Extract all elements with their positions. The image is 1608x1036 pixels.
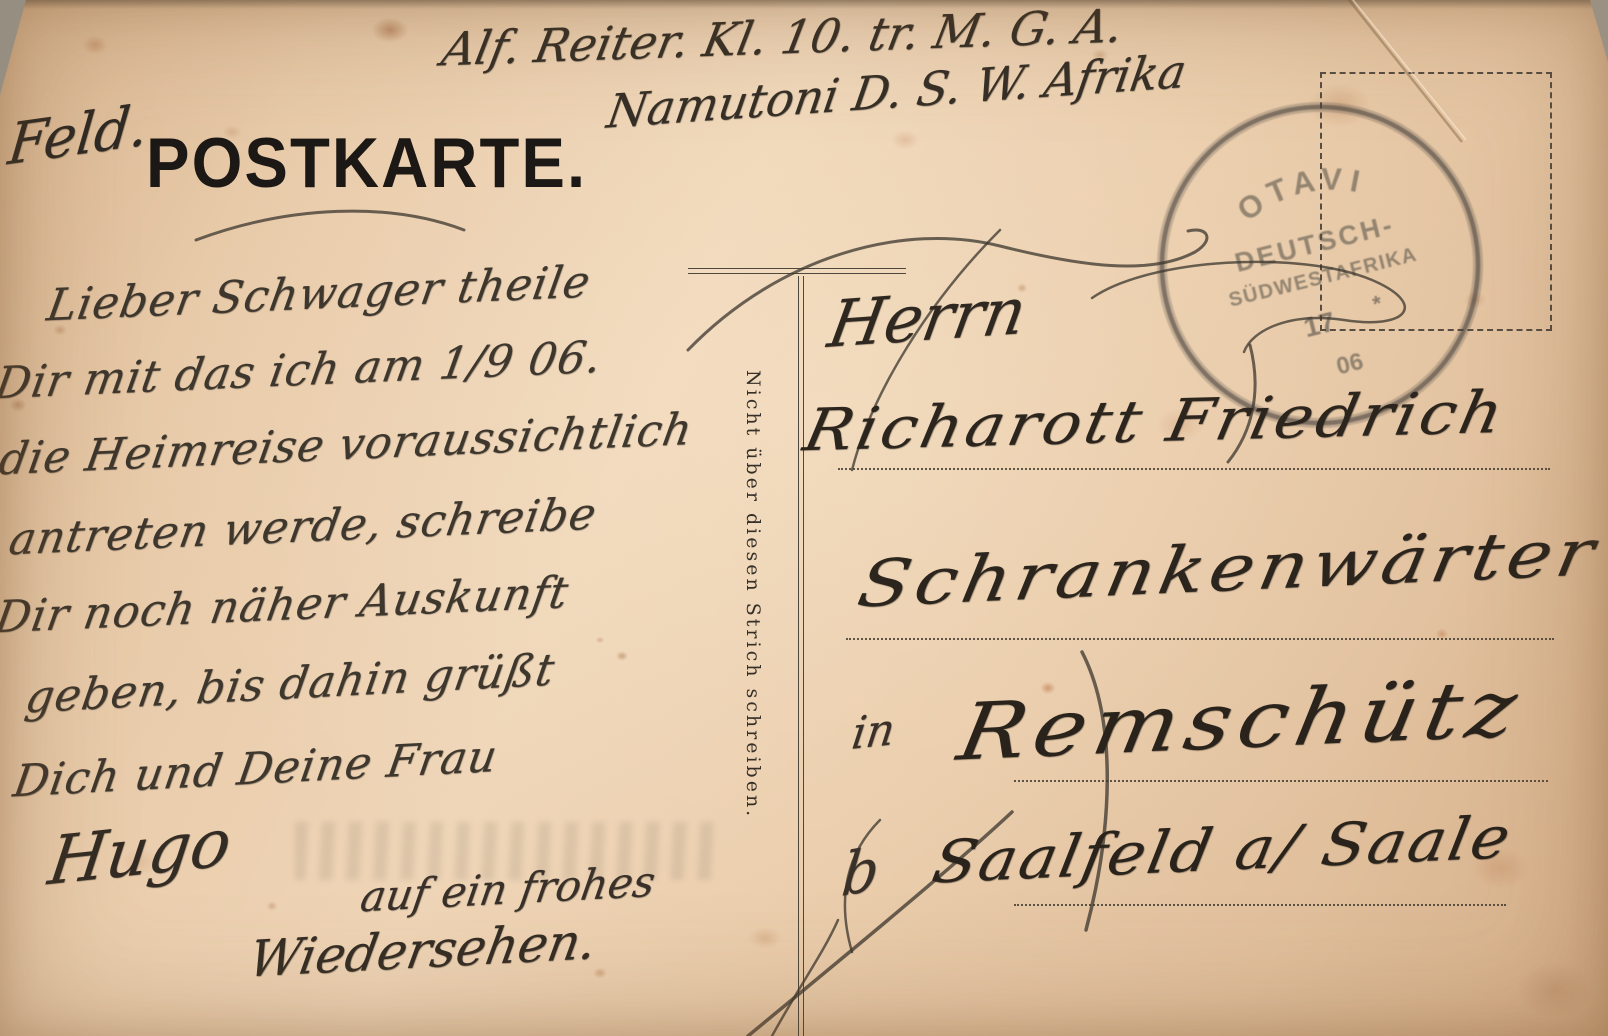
address-name: Richarott Friedrich [798, 378, 1512, 465]
divider-vertical-rule [798, 276, 804, 1036]
message-line: antreten werde, schreibe [5, 488, 600, 565]
corner-top-right [1590, 0, 1608, 62]
feld-swash [196, 211, 464, 240]
postmark-year: 06 [1334, 348, 1366, 381]
signature: Hugo [44, 803, 236, 901]
address-town-prefix: b [839, 834, 883, 911]
closing-phrase: auf ein frohes [357, 857, 658, 922]
message-line: Dich und Deine Frau [10, 731, 502, 808]
address-dotted-line-3 [1014, 780, 1548, 782]
top-edge-shadow [0, 0, 1608, 9]
divider-top-rule [688, 268, 906, 274]
address-locality-prefix: in [849, 704, 899, 760]
address-dotted-line-4 [1014, 904, 1506, 906]
closing-ascender [772, 920, 838, 1036]
address-dotted-line-1 [838, 468, 1550, 470]
message-line: Dir mit das ich am 1/9 06. [0, 332, 606, 410]
handwritten-title-prefix: Feld. [5, 92, 151, 178]
message-line: Lieber Schwager theile [43, 256, 594, 331]
address-occupation: Schrankenwärter [852, 516, 1604, 623]
divider-notice: Nicht über diesen Strich schreiben. [742, 370, 764, 819]
postmark-day: 17 [1300, 306, 1338, 344]
postcard-scan: POSTKARTE. Feld. Nicht über diesen Stric… [0, 0, 1608, 1036]
closing-word: Wiedersehen. [245, 912, 602, 989]
address-dotted-line-2 [846, 638, 1554, 640]
postmark-star: * [1370, 291, 1385, 317]
message-line: geben, bis dahin grüßt [22, 644, 559, 723]
address-town: Saalfeld a/ Saale [927, 803, 1517, 897]
address-locality: Remschütz [951, 663, 1530, 778]
postcard-title: POSTKARTE. [146, 122, 587, 203]
address-salutation: Herrn [823, 274, 1032, 363]
message-line: die Heimreise voraussichtlich [0, 404, 697, 486]
message-line: Dir noch näher Auskunft [0, 567, 573, 643]
corner-top-left [0, 0, 26, 95]
